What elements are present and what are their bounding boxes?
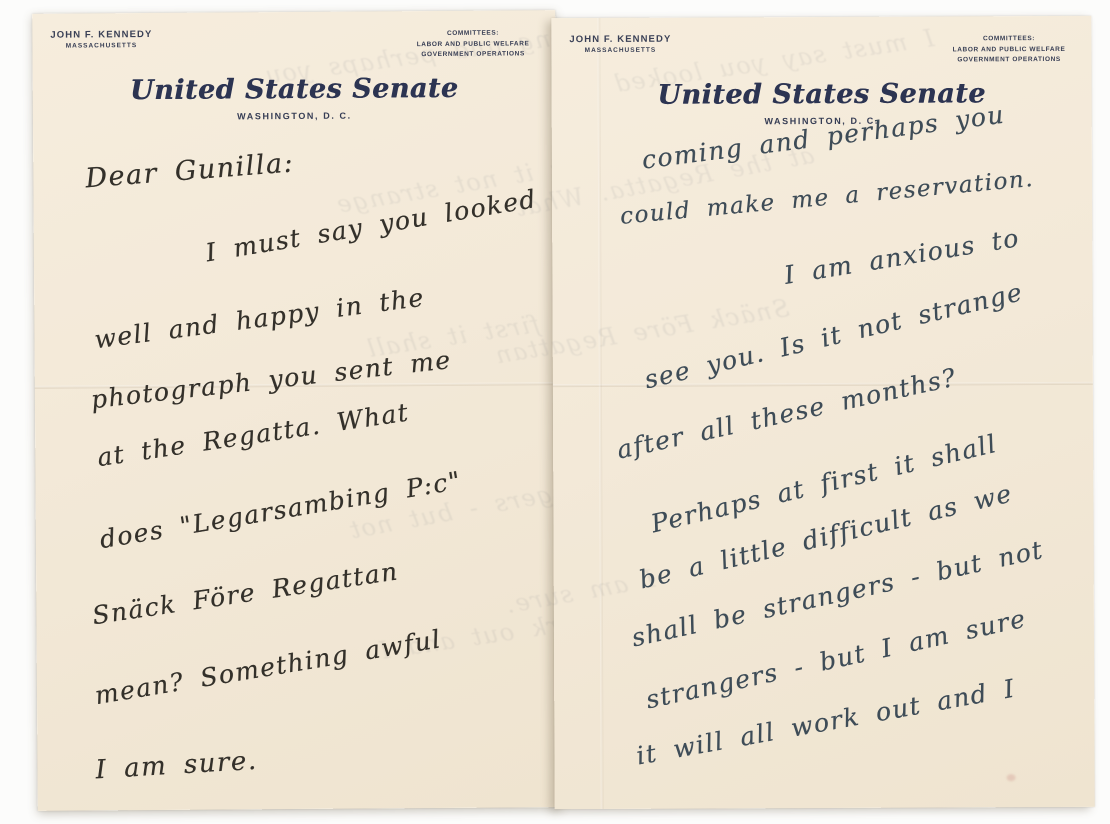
senate-masthead: United States Senate	[552, 78, 1092, 111]
letter-scan: coming and perhaps you see you. Is it no…	[0, 0, 1110, 824]
letter-page-1: coming and perhaps you see you. Is it no…	[32, 10, 561, 811]
letter-page-2: I must say you looked at the Regatta. Wh…	[551, 16, 1094, 809]
fold-crease	[553, 382, 1093, 387]
sender-name: JOHN F. KENNEDY	[569, 34, 671, 45]
handwriting-line: I am sure.	[95, 746, 259, 786]
letterhead: JOHN F. KENNEDY MASSACHUSETTS COMMITTEES…	[32, 10, 555, 14]
sender-name: JOHN F. KENNEDY	[50, 29, 152, 41]
committees-block: COMMITTEES: LABOR AND PUBLIC WELFARE GOV…	[953, 34, 1066, 67]
sender-state: MASSACHUSETTS	[50, 42, 152, 50]
handwriting-line: mean? Something awful	[93, 624, 444, 710]
committees-title: COMMITTEES:	[953, 34, 1066, 45]
senate-masthead: United States Senate	[33, 72, 556, 107]
fold-crease-vertical	[597, 18, 603, 809]
sender-state: MASSACHUSETTS	[569, 47, 671, 54]
paper-blemish	[1007, 774, 1016, 781]
handwriting-line: Dear Gunilla:	[84, 147, 295, 194]
committee-item: GOVERNMENT OPERATIONS	[953, 55, 1066, 66]
committee-item: LABOR AND PUBLIC WELFARE	[953, 45, 1066, 56]
committee-item: GOVERNMENT OPERATIONS	[417, 50, 530, 62]
handwriting-line: coming and perhaps you	[640, 100, 1006, 175]
committees-block: COMMITTEES: LABOR AND PUBLIC WELFARE GOV…	[417, 28, 530, 61]
sender-block: JOHN F. KENNEDY MASSACHUSETTS	[569, 34, 671, 54]
handwriting-line: Snäck Före Regattan	[90, 556, 400, 630]
handwriting-line: at the Regatta. What	[95, 398, 411, 473]
sender-block: JOHN F. KENNEDY MASSACHUSETTS	[50, 29, 152, 50]
committee-item: LABOR AND PUBLIC WELFARE	[417, 39, 530, 51]
handwriting-line: I am anxious to	[782, 223, 1022, 290]
letterhead: JOHN F. KENNEDY MASSACHUSETTS COMMITTEES…	[551, 16, 1091, 18]
committees-title: COMMITTEES:	[417, 28, 530, 40]
senate-location: WASHINGTON, D. C.	[33, 109, 556, 123]
